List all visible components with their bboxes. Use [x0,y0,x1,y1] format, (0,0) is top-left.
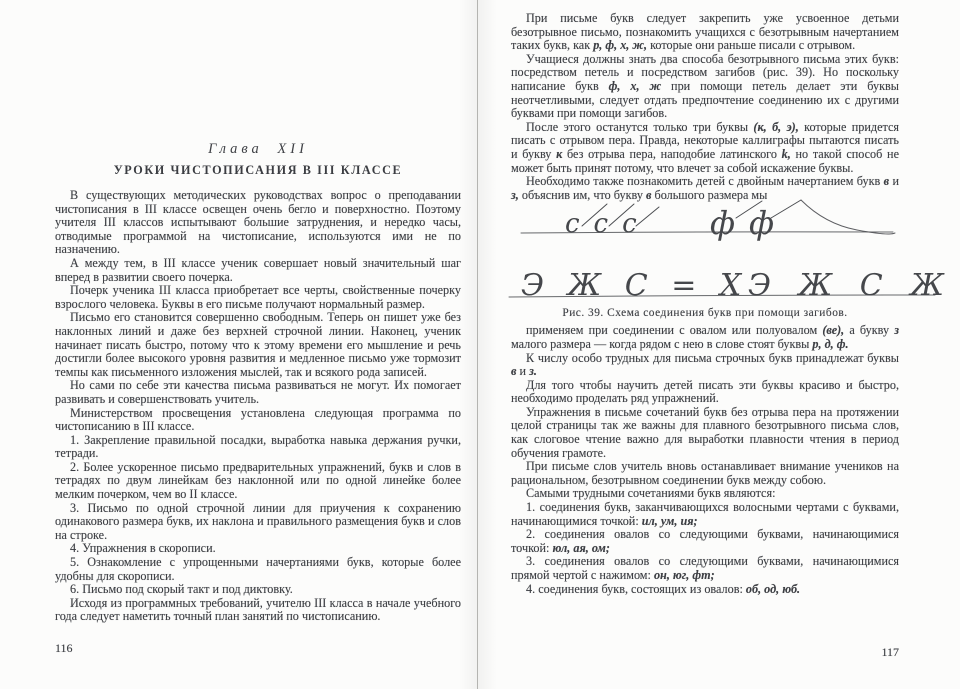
chapter-title: УРОКИ ЧИСТОПИСАНИЯ В III КЛАССЕ [55,163,461,178]
paragraph: Письмо его становится совершенно свободн… [55,311,461,379]
emphasized-letters: k, [782,147,791,161]
emphasized-letters: р, д, ф. [812,337,848,351]
emphasized-letters: ф, х, ж [609,79,661,93]
emphasized-letters: в [884,174,889,188]
paragraph: Исходя из программных требований, учител… [55,597,461,624]
emphasized-letters: юл, ая, ом; [552,541,609,555]
emphasized-letters: он, юг, фт; [654,568,715,582]
emphasized-letters: р, ф, х, ж, [593,38,647,52]
handwriting-diagram: ссс фф Э Ж С = Х Э Ж С Ж [505,206,957,306]
paragraph: Самыми трудными сочетаниями букв являютс… [511,487,899,501]
paragraph: 2. Более ускоренное письмо предварительн… [55,461,461,502]
emphasized-letters: к [556,147,562,161]
paragraph: 2. соединения овалов со следующими буква… [511,528,899,555]
emphasized-letters: в [511,364,516,378]
paragraph: 4. Упражнения в скорописи. [55,542,461,556]
paragraph: Упражнения в письме сочетаний букв без о… [511,406,899,460]
paragraph: А между тем, в III классе ученик соверша… [55,257,461,284]
paragraph: При письме букв следует закрепить уже ус… [511,12,899,53]
paragraph: При письме слов учитель вновь останавлив… [511,460,899,487]
page-number-left: 116 [55,641,73,656]
tail-stroke [801,200,895,234]
page-number-right: 117 [881,645,899,660]
emphasized-letters: з. [529,364,537,378]
paragraph: 1. соединения букв, заканчивающихся воло… [511,501,899,528]
paragraph: Необходимо также познакомить детей с дво… [511,175,899,202]
paragraph: Для того чтобы научить детей писать эти … [511,379,899,406]
paragraph: 5. Ознакомление с упрощенными начертания… [55,556,461,583]
right-page-body-bottom: применяем при соединении с овалом или по… [511,324,899,596]
figure-caption: Рис. 39. Схема соединения букв при помощ… [511,307,899,319]
cursive-group-e-zh-s-zh: Э Ж С Ж [748,268,953,303]
paragraph: В существующих методических руководствах… [55,189,461,257]
paragraph: 1. Закрепление правильной посадки, выраб… [55,434,461,461]
paragraph: Почерк ученика III класса приобретает вс… [55,284,461,311]
emphasized-letters: з, [511,188,519,202]
gutter-shade [459,0,497,689]
paragraph: 3. Письмо по одной строчной линии для пр… [55,502,461,543]
emphasized-letters: з [894,323,899,337]
emphasized-letters: (к, б, э), [753,120,798,134]
chapter-heading: Глава XII [55,141,461,158]
paragraph: применяем при соединении с овалом или по… [511,324,899,351]
page-left: Глава XII УРОКИ ЧИСТОПИСАНИЯ В III КЛАСС… [55,0,461,689]
emphasized-letters: в [646,188,651,202]
paragraph: 4. соединения букв, состоящих из овалов:… [511,583,899,597]
cursive-group-e-zh-s-h: Э Ж С = Х [521,268,748,303]
right-page-body-top: При письме букв следует закрепить уже ус… [511,12,899,202]
paragraph: 3. соединения овалов со следующими буква… [511,555,899,582]
paragraph: 6. Письмо под скорый такт и под диктовку… [55,583,461,597]
emphasized-letters: (ве), [822,323,844,337]
book-scan: Глава XII УРОКИ ЧИСТОПИСАНИЯ В III КЛАСС… [0,0,960,689]
paragraph: Но сами по себе эти качества письма разв… [55,379,461,406]
page-divider-line [477,0,478,689]
page-right: При письме букв следует закрепить уже ус… [511,0,899,689]
emphasized-letters: ил, ум, ия; [642,514,698,528]
paragraph: К числу особо трудных для письма строчны… [511,352,899,379]
paragraph: Учащиеся должны знать два способа безотр… [511,53,899,121]
paragraph: После этого останутся только три буквы (… [511,121,899,175]
emphasized-letters: об, од, юб. [746,582,800,596]
paragraph: Министерством просвещения установлена сл… [55,407,461,434]
figure-39: ссс фф Э Ж С = Х Э Ж С Ж Рис. 39. Схема … [511,206,899,324]
left-page-body: В существующих методических руководствах… [55,189,461,624]
